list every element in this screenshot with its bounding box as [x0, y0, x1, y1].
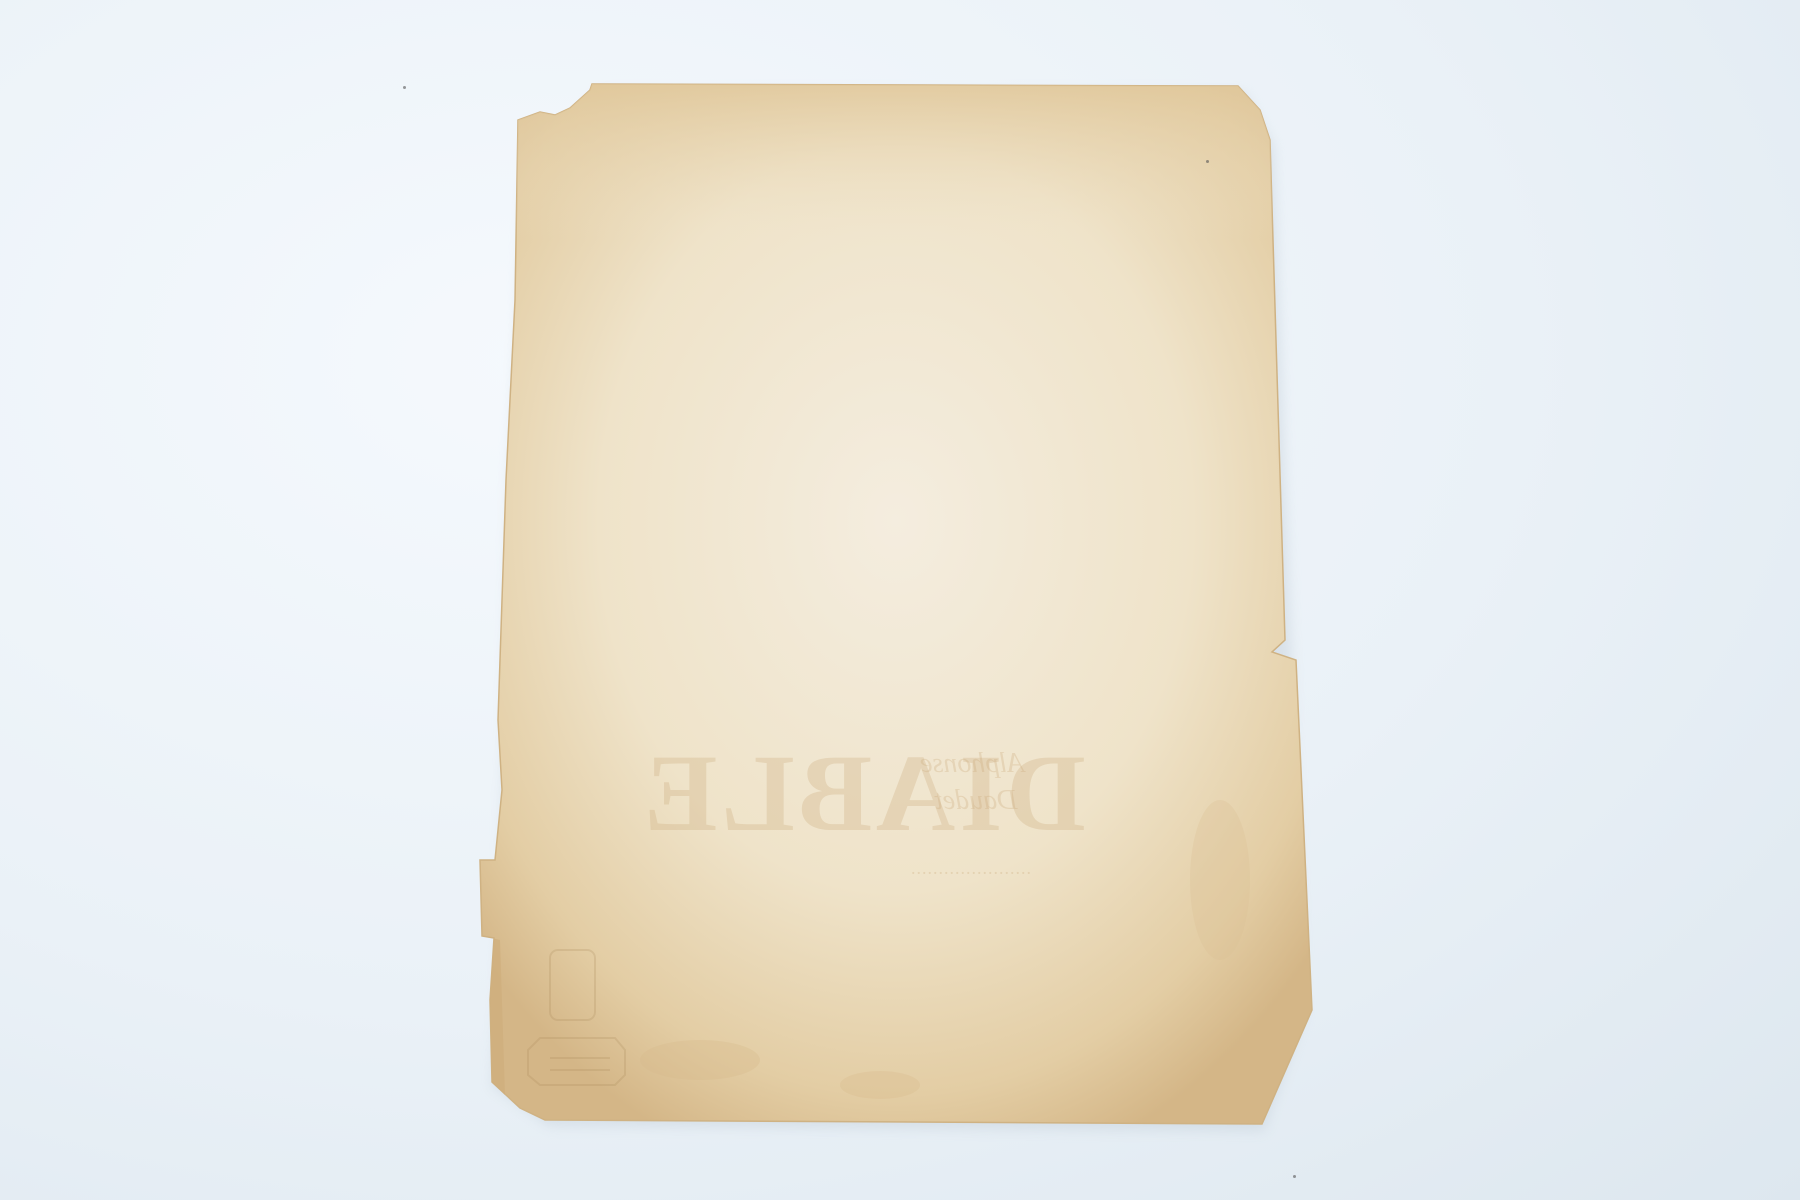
paper-sheet	[0, 0, 1800, 1200]
dust-speck	[1293, 1175, 1296, 1178]
dust-speck	[403, 86, 406, 89]
show-through-line-1: Alphonse	[920, 748, 1024, 780]
show-through-line-2: Daudet	[935, 785, 1017, 817]
show-through-line-3: ......................	[910, 858, 1031, 879]
embossed-stamp-icon	[520, 940, 630, 1090]
dust-speck	[1206, 160, 1209, 163]
photo-scene: DIABLE Alphonse Daudet .................…	[0, 0, 1800, 1200]
